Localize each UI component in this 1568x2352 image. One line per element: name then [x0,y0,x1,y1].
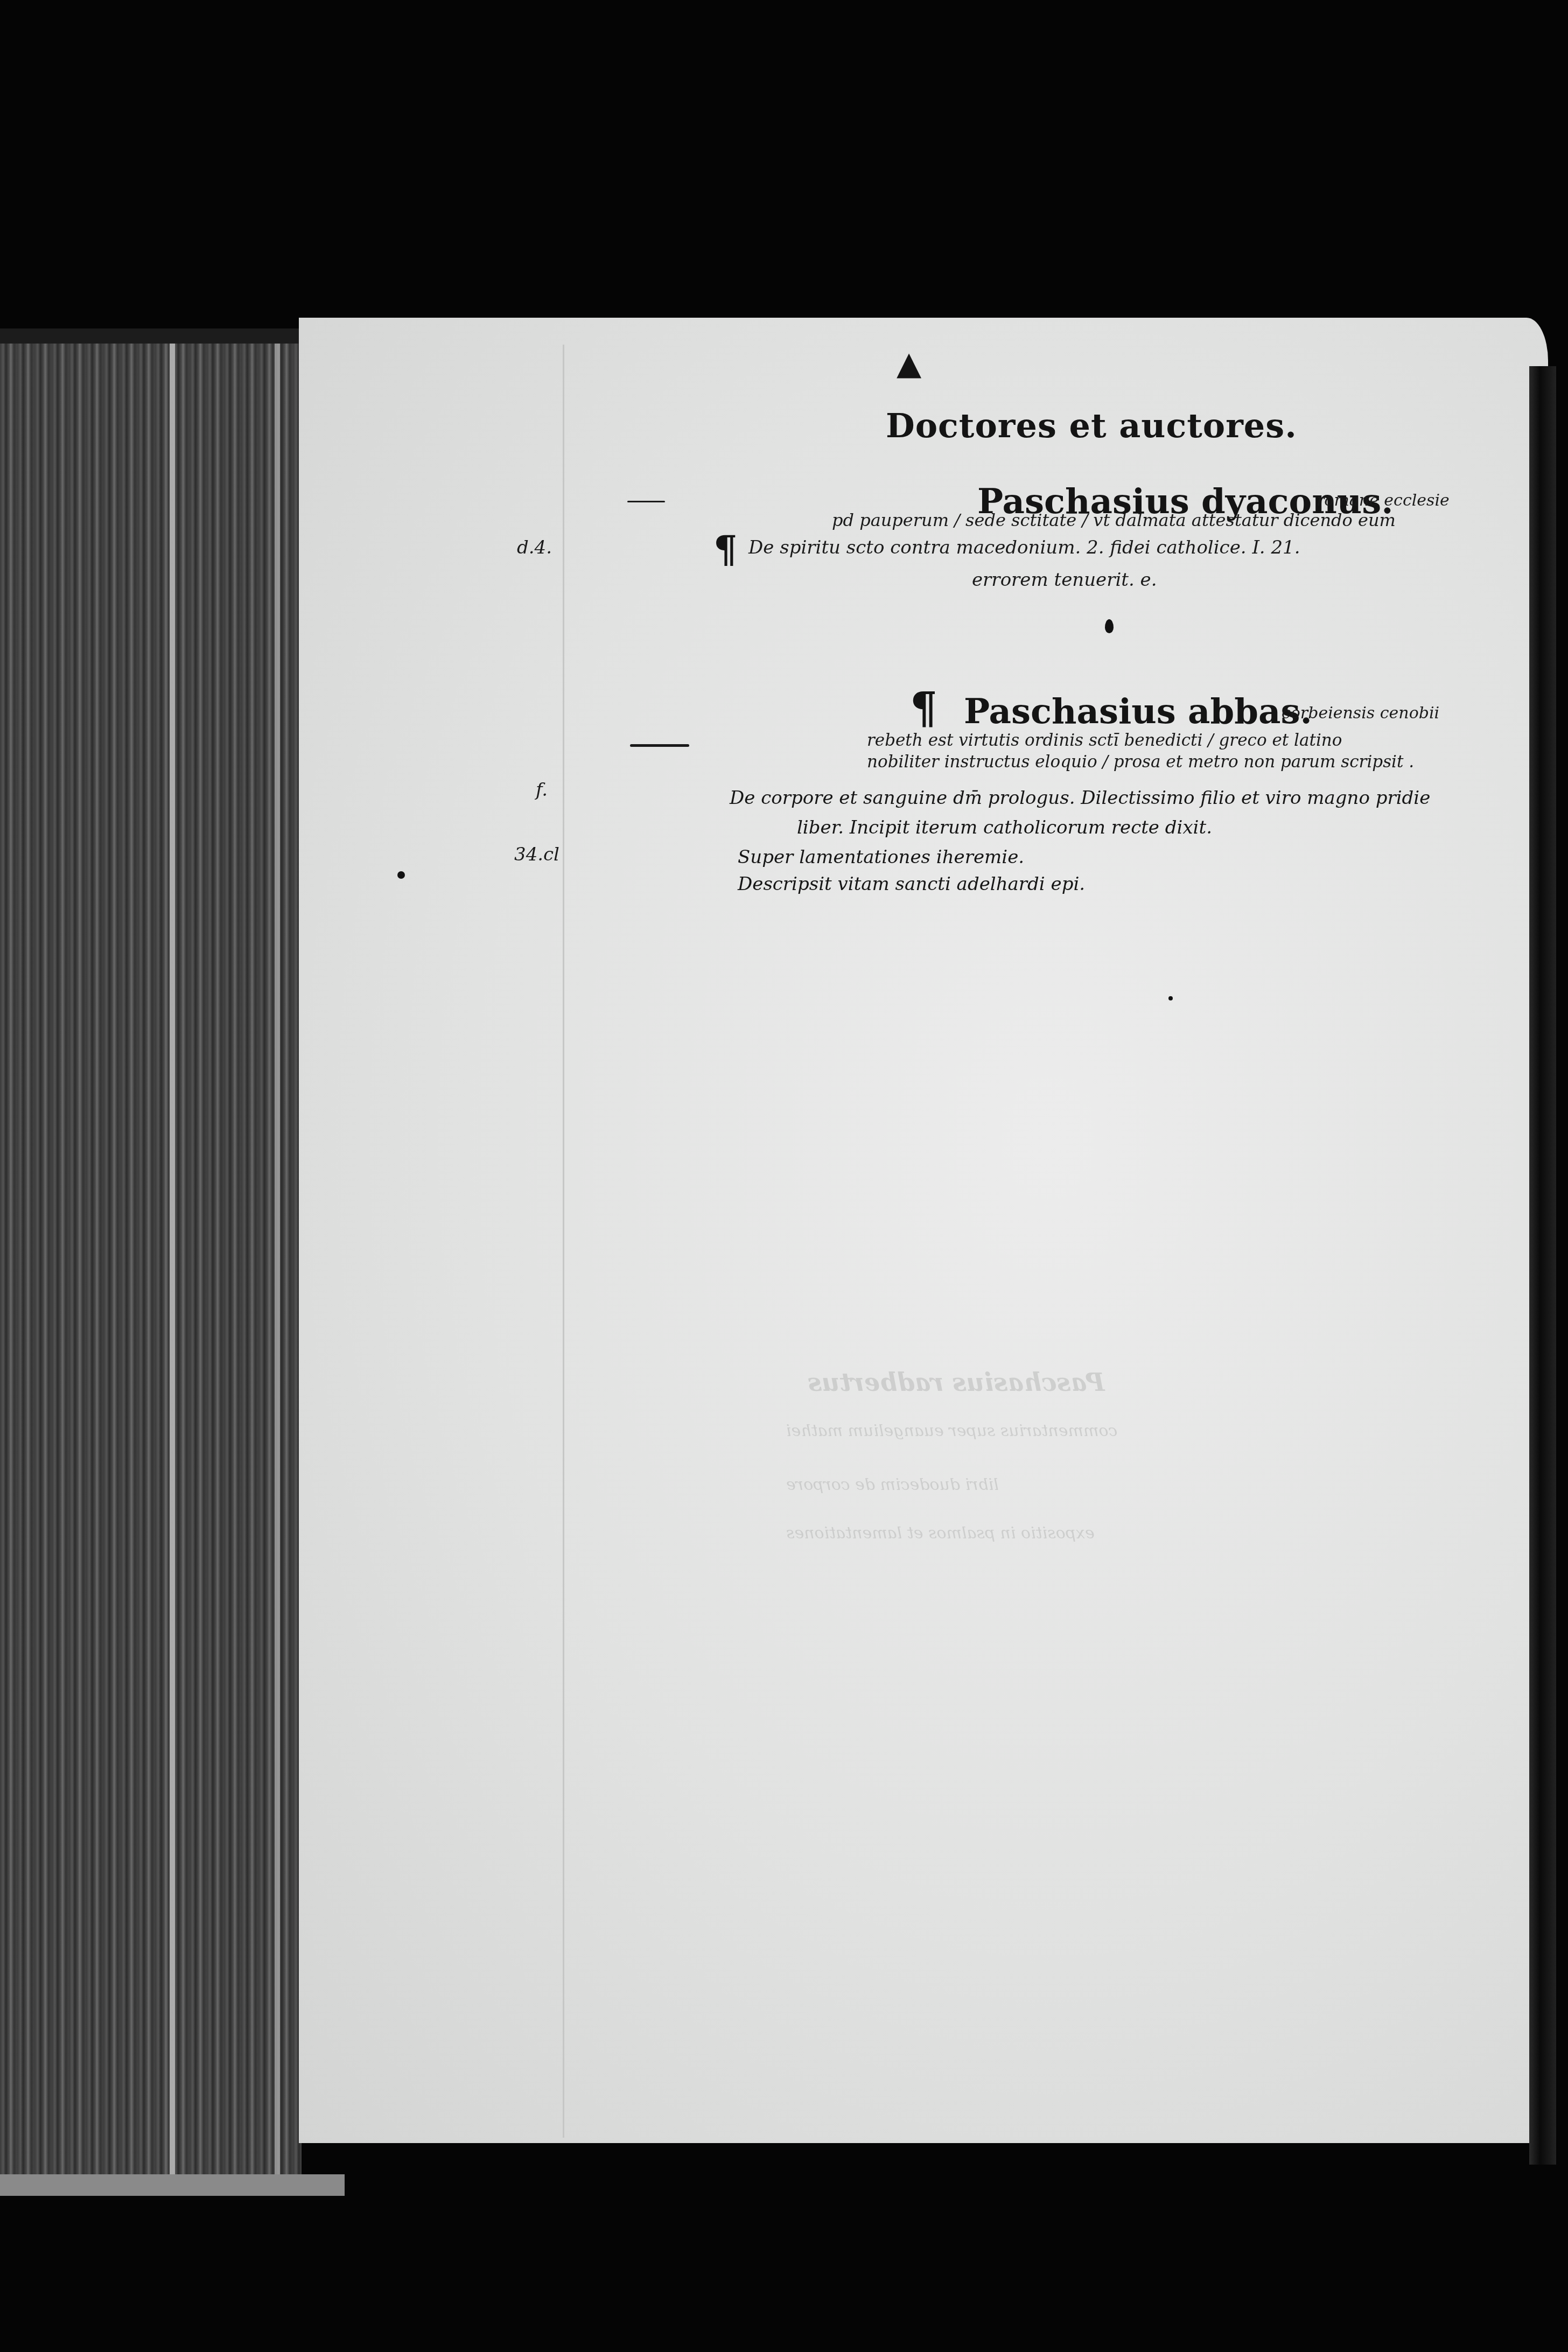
page-edge-highlight [170,344,175,2174]
pilcrow-mark: ¶ [713,530,738,568]
entry-title: Paschasius abbas. [964,695,1312,729]
underline-mark [627,501,665,502]
work-item: Super lamentationes iheremie. [738,848,1024,866]
page-edge-highlight [275,344,280,2174]
show-through-text: Paschasius radbertus [808,1368,1105,1397]
margin-reference: f. [536,781,548,799]
book-fore-edge [0,328,302,2174]
margin-reference: 34.cl [514,845,559,864]
entry-text: De spiritu scto contra macedonium. 2. fi… [748,538,1300,557]
work-item-continuation: liber. Incipit iterum catholicorum recte… [797,818,1212,837]
show-through-text: commentarius super euangelium mathei [786,1422,1117,1440]
ink-speck [1168,996,1173,1000]
pilcrow-mark: ¶ [910,687,937,730]
ink-dot [397,871,405,879]
book-board-edge [0,2174,345,2196]
page-heading: Doctores et auctores. [886,409,1297,443]
entry-text: nobiliter instructus eloquio / prosa et … [867,754,1414,771]
ink-drop [1105,619,1114,633]
margin-ruling-line [563,345,564,2138]
show-through-text: expositio in psalmos et lamentationes [786,1524,1095,1543]
work-item: Descripsit vitam sancti adelhardi epi. [738,875,1085,893]
entry-text: corbeiensis cenobii [1282,705,1439,722]
underline-mark [630,744,689,747]
manuscript-page [299,318,1548,2143]
work-item: De corpore et sanguine dm̄ prologus. Dil… [730,789,1430,807]
entry-text: errorem tenuerit. e. [972,571,1157,589]
entry-text: romane ecclesie [1317,493,1450,509]
top-mark-icon: ▲ [897,347,921,380]
entry-text: pd pauperum / sede sctitate / vt dalmata… [832,512,1396,529]
margin-reference: d.4. [517,538,552,557]
page-gutter-shadow [1529,366,1556,2165]
entry-text: rebeth est virtutis ordinis sctī benedic… [867,732,1342,749]
show-through-text: libri duodecim de corpore [786,1475,999,1494]
